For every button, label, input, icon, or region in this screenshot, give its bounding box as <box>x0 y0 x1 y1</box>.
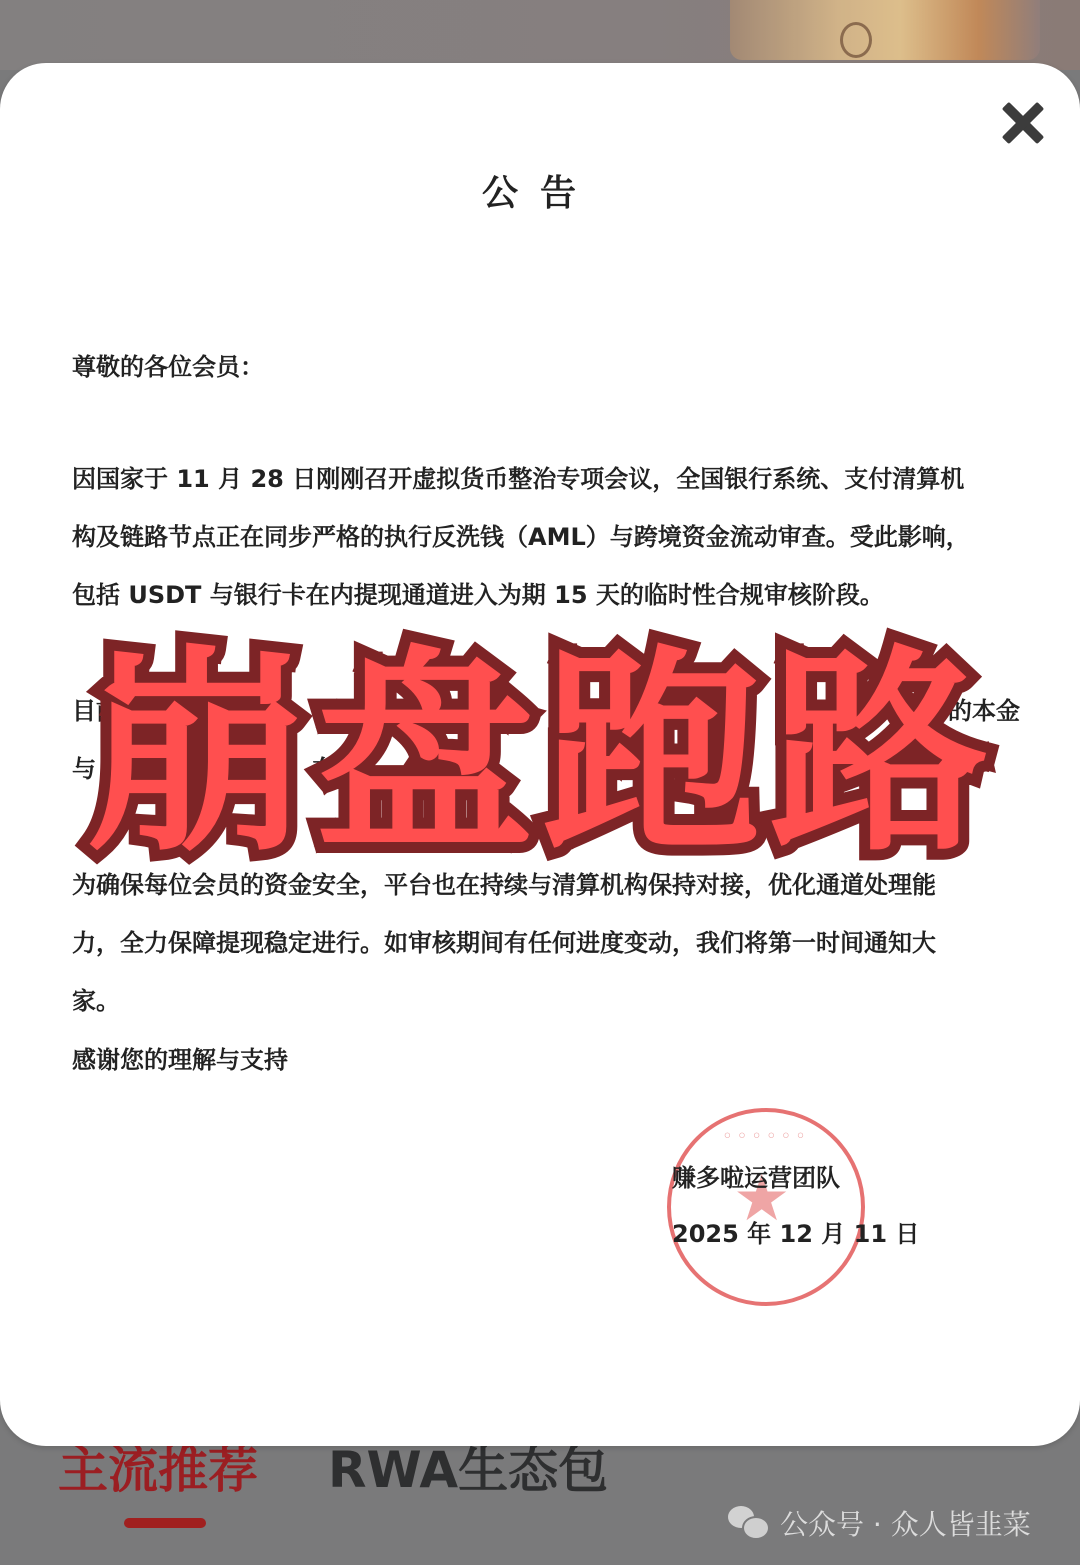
paragraph-1-line: 因国家于 11 月 28 日刚刚召开虚拟货币整治专项会议，全国银行系统、支付清算… <box>72 450 1032 508</box>
paragraph-1: 因国家于 11 月 28 日刚刚召开虚拟货币整治专项会议，全国银行系统、支付清算… <box>72 450 1032 624</box>
seal-text: ◦◦◦◦◦◦ <box>691 1126 841 1147</box>
announcement-title: 公告 <box>0 165 1080 216</box>
overlay-char: 崩 <box>88 640 306 870</box>
paragraph-3-line: 力，全力保障提现稳定进行。如审核期间有任何进度变动，我们将第一时间通知大 <box>72 914 1032 972</box>
overlay-char: 盘 <box>315 640 533 870</box>
signature-team: 赚多啦运营团队 <box>672 1150 919 1206</box>
signature-block: 赚多啦运营团队 2025 年 12 月 11 日 <box>672 1150 919 1262</box>
scam-warning-overlay: 崩 盘 跑 路 <box>88 640 988 870</box>
signature-date: 2025 年 12 月 11 日 <box>672 1206 919 1262</box>
tab-mainstream[interactable]: 主流推荐 <box>58 1440 258 1510</box>
paragraph-3-line: 家。 <box>72 972 1032 1030</box>
overlay-char: 跑 <box>543 640 761 870</box>
active-tab-indicator <box>124 1518 206 1528</box>
watermark-text: 公众号 · 众人皆韭菜 <box>780 1503 1031 1543</box>
paragraph-3: 为确保每位会员的资金安全，平台也在持续与清算机构保持对接，优化通道处理能 力，全… <box>72 856 1032 1030</box>
thanks-line: 感谢您的理解与支持 <box>72 1031 1032 1089</box>
paragraph-1-line: 构及链路节点正在同步严格的执行反洗钱（AML）与跨境资金流动审查。受此影响， <box>72 508 1032 566</box>
close-icon[interactable] <box>1000 100 1046 146</box>
paragraph-1-line: 包括 USDT 与银行卡在内提现通道进入为期 15 天的临时性合规审核阶段。 <box>72 566 1032 624</box>
overlay-char: 路 <box>770 640 988 870</box>
watermark: 公众号 · 众人皆韭菜 <box>728 1503 1031 1543</box>
wechat-icon <box>728 1504 770 1542</box>
banner-illustration <box>730 0 1040 60</box>
category-tabs: 主流推荐 RWA生态包 <box>58 1440 608 1510</box>
greeting: 尊敬的各位会员： <box>72 338 1032 396</box>
tab-rwa[interactable]: RWA生态包 <box>328 1440 608 1510</box>
illustration-ring <box>840 22 872 58</box>
